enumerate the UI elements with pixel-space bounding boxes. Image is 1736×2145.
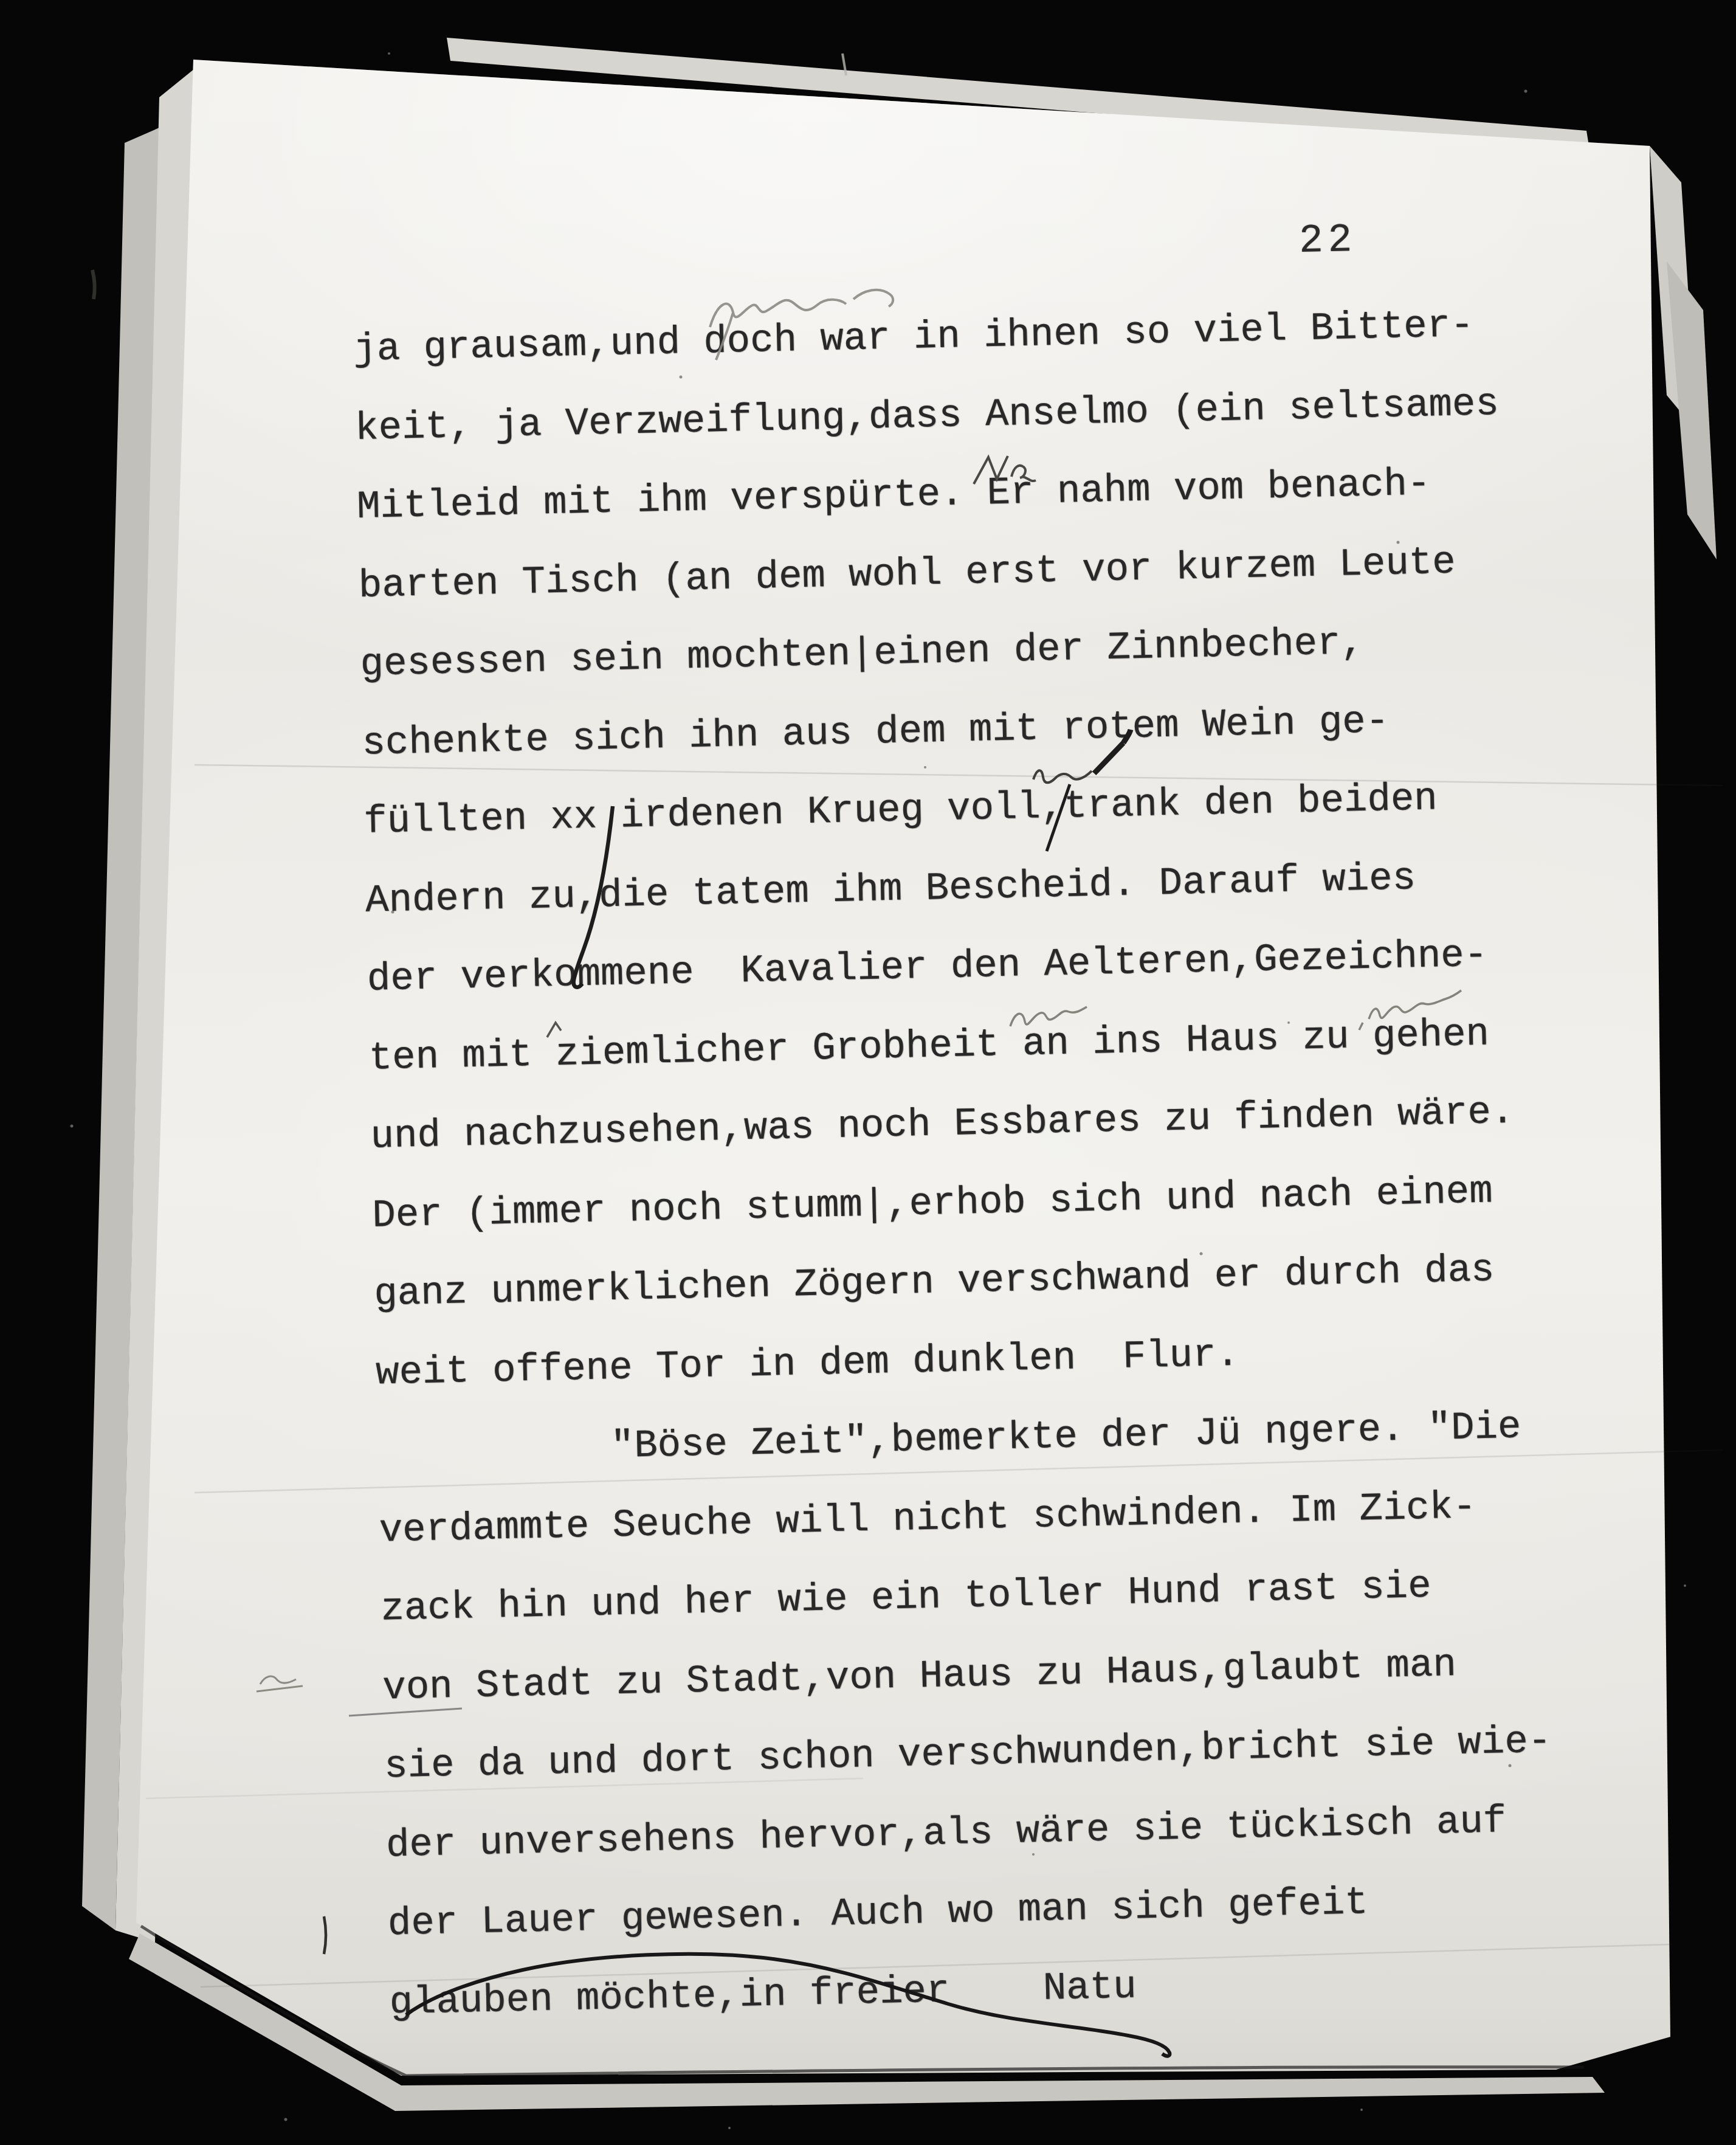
scanned-manuscript-photo: 22 ja grausam,und doch war in ihnen so v…: [0, 0, 1736, 2145]
typed-text-block: ja grausam,und doch war in ihnen so viel…: [353, 283, 1679, 2043]
page-number: 22: [1298, 217, 1357, 264]
manuscript-page: 22 ja grausam,und doch war in ihnen so v…: [0, 0, 1736, 2145]
scan-scratch: [842, 54, 846, 75]
margin-tick-annotation: [92, 270, 95, 299]
